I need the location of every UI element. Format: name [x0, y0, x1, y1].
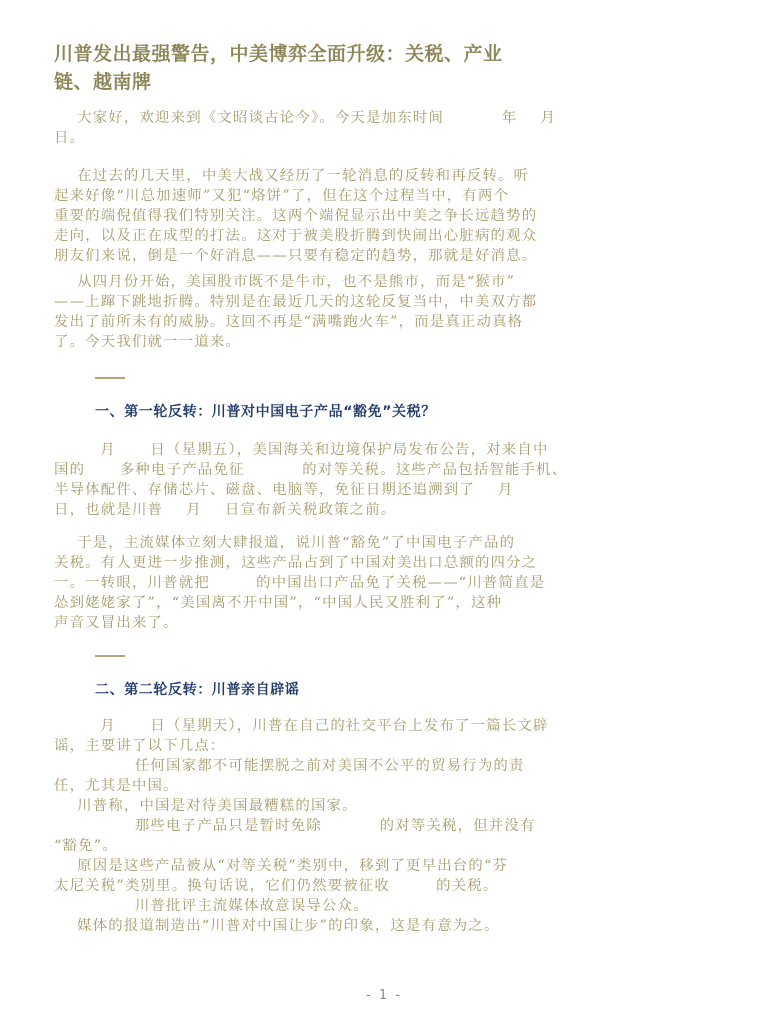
point-line: 太尼关税”类别里。换句话说，它们仍然要被征收 的关税。	[54, 876, 714, 896]
text-line: 月 日（星期五），美国海关和边境保护局发布公告，对来自中	[54, 440, 714, 460]
section-1-heading: 一、第一轮反转：川普对中国电子产品“豁免”关税？	[95, 402, 436, 422]
text-line: 关税。有人更进一步推测，这些产品占到了中国对美出口总额的四分之	[54, 553, 714, 573]
text-line: 一。一转眼，川普就把 的中国出口产品免了关税——“川普简直是	[54, 573, 714, 593]
paragraph-monkey-market: 从四月份开始，美国股市既不是牛市，也不是熊市，而是“猴市” ——上蹿下跳地折腾。…	[54, 272, 714, 352]
text-line: 朋友们来说，倒是一个好消息——只要有稳定的趋势，那就是好消息。	[54, 246, 714, 266]
title-line: 链、越南牌	[54, 68, 714, 96]
point-line: 川普批评主流媒体故意误导公众。	[54, 896, 714, 916]
text-line: 半导体配件、存储芯片、磁盘、电脑等，免征日期还追溯到了 月	[54, 480, 714, 500]
section-2-heading: 二、第二轮反转：川普亲自辟谣	[95, 680, 299, 700]
text-line: 月 日（星期天），川普在自己的社交平台上发布了一篇长文辟	[54, 716, 714, 736]
point-line: 媒体的报道制造出“川普对中国让步”的印象，这是有意为之。	[54, 916, 714, 936]
section-1-paragraph-2: 于是，主流媒体立刻大肆报道，说川普“豁免”了中国电子产品的 关税。有人更进一步推…	[54, 533, 714, 633]
text-line: 从四月份开始，美国股市既不是牛市，也不是熊市，而是“猴市”	[54, 272, 714, 292]
point-line: “豁免”。	[54, 836, 714, 856]
title-line: 川普发出最强警告，中美博弈全面升级：关税、产业	[54, 40, 714, 68]
text-line: 于是，主流媒体立刻大肆报道，说川普“豁免”了中国电子产品的	[54, 533, 714, 553]
point-line: 那些电子产品只是暂时免除 的对等关税，但并没有	[54, 816, 714, 836]
text-line: 在过去的几天里，中美大战又经历了一轮消息的反转和再反转。听	[54, 166, 714, 186]
point-line: 任，尤其是中国。	[54, 776, 714, 796]
point-line: 任何国家都不可能摆脱之前对美国不公平的贸易行为的责	[54, 756, 714, 776]
page-number: - 1 -	[0, 988, 768, 1003]
document-title: 川普发出最强警告，中美博弈全面升级：关税、产业 链、越南牌	[54, 40, 714, 96]
text-line: 日，也就是川普 月 日宣布新关税政策之前。	[54, 500, 714, 520]
point-line: 川普称，中国是对待美国最糟糕的国家。	[54, 796, 714, 816]
section-divider	[95, 377, 125, 379]
text-line: 起来好像“川总加速师”又犯“烙饼”了，但在这个过程当中，有两个	[54, 186, 714, 206]
text-line: 大家好，欢迎来到《文昭谈古论今》。今天是加东时间 年 月	[54, 108, 714, 128]
section-1-paragraph-1: 月 日（星期五），美国海关和边境保护局发布公告，对来自中 国的 多种电子产品免征…	[54, 440, 714, 520]
section-2-paragraph-1: 月 日（星期天），川普在自己的社交平台上发布了一篇长文辟 谣，主要讲了以下几点：	[54, 716, 714, 756]
point-line: 原因是这些产品被从“对等关税”类别中，移到了更早出台的“芬	[54, 856, 714, 876]
text-line: 发出了前所未有的威胁。这回不再是“满嘴跑火车”，而是真正动真格	[54, 312, 714, 332]
text-line: 日。	[54, 128, 714, 148]
intro-paragraph: 大家好，欢迎来到《文昭谈古论今》。今天是加东时间 年 月 日。	[54, 108, 714, 148]
text-line: 国的 多种电子产品免征 的对等关税。这些产品包括智能手机、	[54, 460, 714, 480]
text-line: 重要的端倪值得我们特别关注。这两个端倪显示出中美之争长远趋势的	[54, 206, 714, 226]
section-2-points: 任何国家都不可能摆脱之前对美国不公平的贸易行为的责 任，尤其是中国。 川普称，中…	[54, 756, 714, 936]
text-line: 走向，以及正在成型的打法。这对于被美股折腾到快闹出心脏病的观众	[54, 226, 714, 246]
section-divider	[95, 655, 125, 657]
text-line: 怂到姥姥家了”，“美国离不开中国”，“中国人民又胜利了”，这种	[54, 593, 714, 613]
text-line: ——上蹿下跳地折腾。特别是在最近几天的这轮反复当中，中美双方都	[54, 292, 714, 312]
text-line: 声音又冒出来了。	[54, 613, 714, 633]
document-page: 川普发出最强警告，中美博弈全面升级：关税、产业 链、越南牌 大家好，欢迎来到《文…	[0, 0, 768, 1024]
paragraph-reversal-overview: 在过去的几天里，中美大战又经历了一轮消息的反转和再反转。听 起来好像“川总加速师…	[54, 166, 714, 266]
text-line: 谣，主要讲了以下几点：	[54, 736, 714, 756]
text-line: 了。今天我们就一一道来。	[54, 332, 714, 352]
